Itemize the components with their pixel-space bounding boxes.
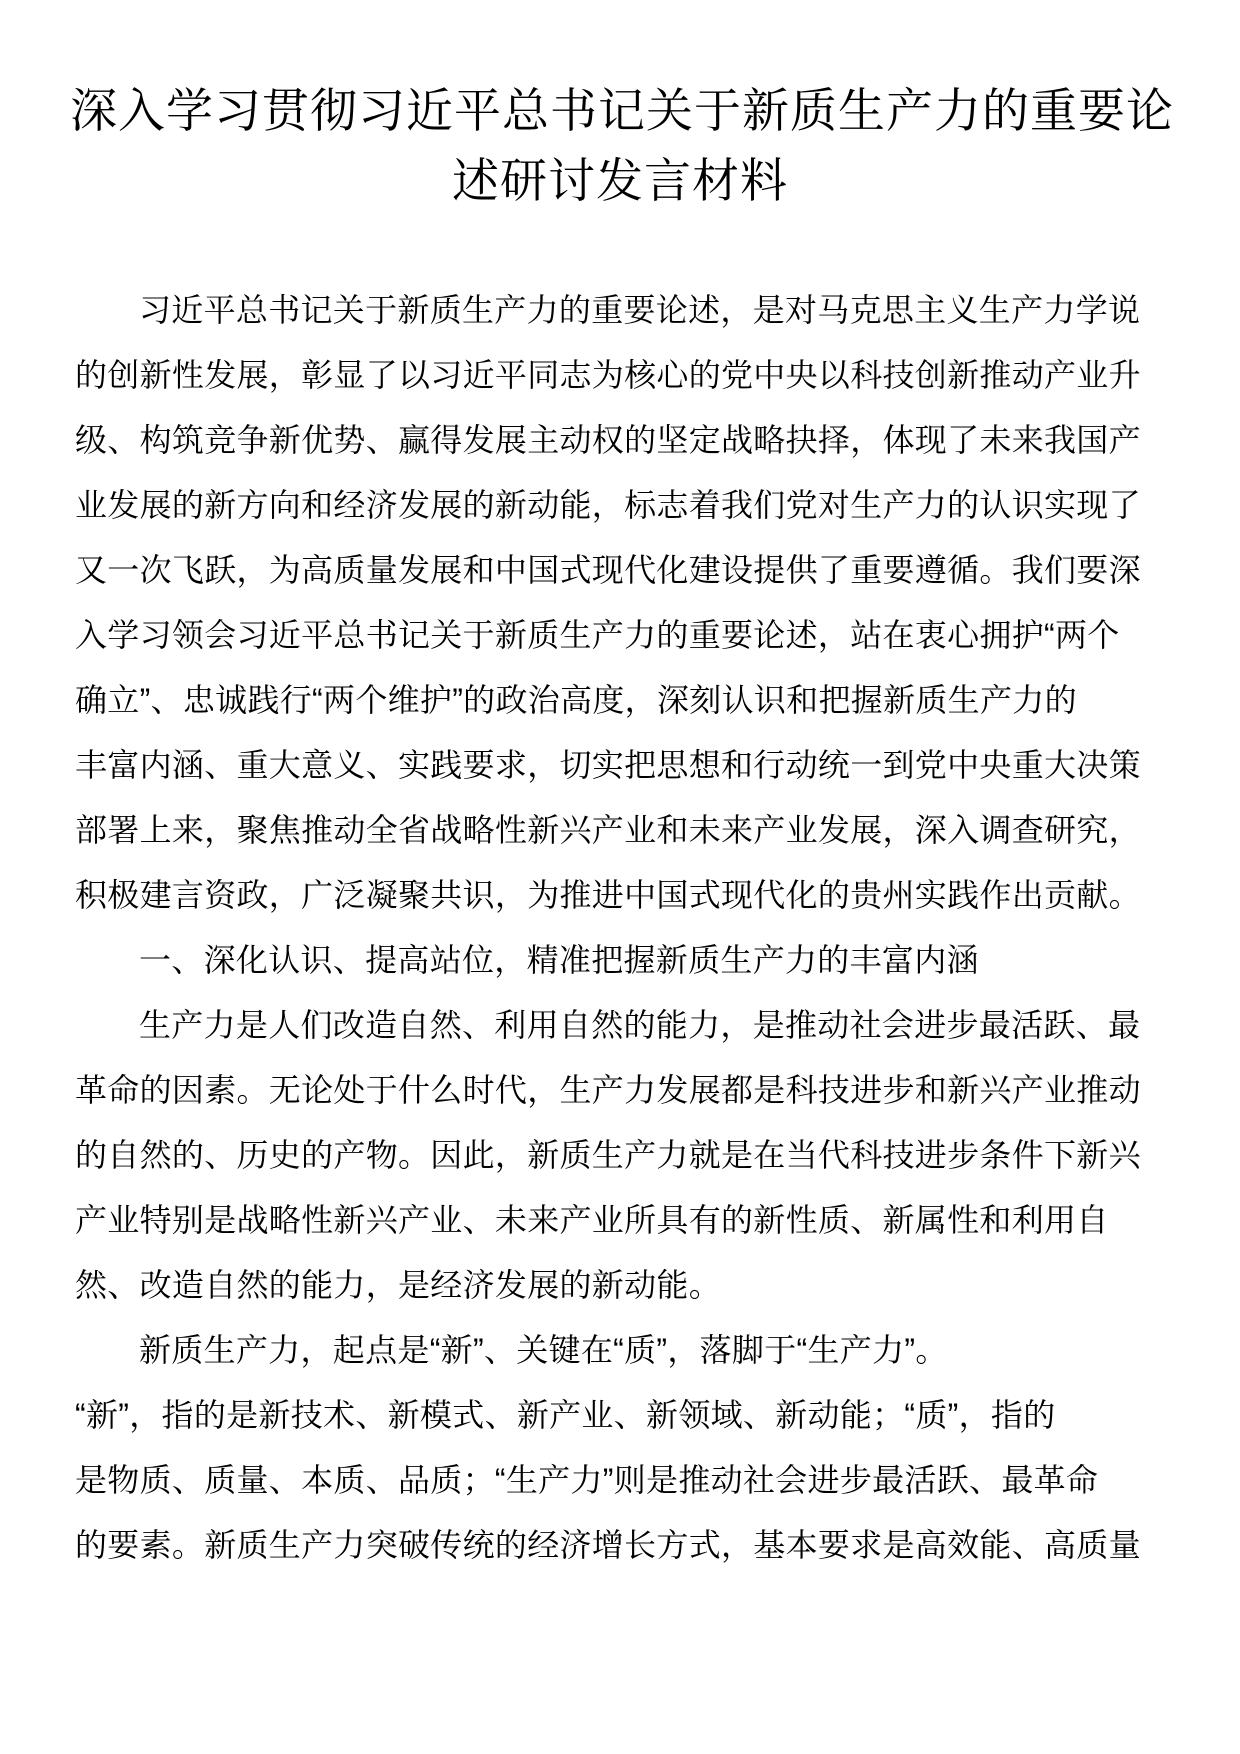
document-title: 深入学习贯彻习近平总书记关于新质生产力的重要论 述研讨发言材料 (70, 76, 1170, 216)
paragraph-line: 的自然的、历史的产物。因此，新质生产力就是在当代科技进步条件下新兴 (75, 1123, 1141, 1188)
paragraph-line: 然、改造自然的能力，是经济发展的新动能。 (75, 1253, 1141, 1318)
paragraph-line: “新”，指的是新技术、新模式、新产业、新领域、新动能；“质”，指的 (75, 1383, 1141, 1448)
paragraph-line: 丰富内涵、重大意义、实践要求，切实把思想和行动统一到党中央重大决策 (75, 733, 1141, 798)
paragraph-line: 部署上来，聚焦推动全省战略性新兴产业和未来产业发展，深入调查研究， (75, 798, 1141, 863)
document-body: 习近平总书记关于新质生产力的重要论述，是对马克思主义生产力学说的创新性发展，彰显… (75, 278, 1141, 1578)
paragraph-line: 业发展的新方向和经济发展的新动能，标志着我们党对生产力的认识实现了 (75, 473, 1141, 538)
paragraph-line: 新质生产力，起点是“新”、关键在“质”，落脚于“生产力”。 (75, 1318, 1141, 1383)
paragraph-line: 产业特别是战略性新兴产业、未来产业所具有的新性质、新属性和利用自 (75, 1188, 1141, 1253)
section-heading: 一、深化认识、提高站位，精准把握新质生产力的丰富内涵 (75, 928, 1141, 993)
paragraph-line: 的要素。新质生产力突破传统的经济增长方式，基本要求是高效能、高质量 (75, 1513, 1141, 1578)
paragraph-line: 是物质、质量、本质、品质；“生产力”则是推动社会进步最活跃、最革命 (75, 1448, 1141, 1513)
paragraph-line: 级、构筑竞争新优势、赢得发展主动权的坚定战略抉择，体现了未来我国产 (75, 408, 1141, 473)
paragraph-line: 革命的因素。无论处于什么时代，生产力发展都是科技进步和新兴产业推动 (75, 1058, 1141, 1123)
paragraph-line: 的创新性发展，彰显了以习近平同志为核心的党中央以科技创新推动产业升 (75, 343, 1141, 408)
document-title-line-2: 述研讨发言材料 (70, 146, 1170, 216)
paragraph-line: 确立”、忠诚践行“两个维护”的政治高度，深刻认识和把握新质生产力的 (75, 668, 1141, 733)
document-title-line-1: 深入学习贯彻习近平总书记关于新质生产力的重要论 (70, 76, 1170, 146)
paragraph-line: 又一次飞跃，为高质量发展和中国式现代化建设提供了重要遵循。我们要深 (75, 538, 1141, 603)
paragraph-line: 习近平总书记关于新质生产力的重要论述，是对马克思主义生产力学说 (75, 278, 1141, 343)
paragraph-line: 积极建言资政，广泛凝聚共识，为推进中国式现代化的贵州实践作出贡献。 (75, 863, 1141, 928)
document-page: 深入学习贯彻习近平总书记关于新质生产力的重要论 述研讨发言材料 习近平总书记关于… (0, 0, 1240, 1754)
paragraph-line: 生产力是人们改造自然、利用自然的能力，是推动社会进步最活跃、最 (75, 993, 1141, 1058)
paragraph-line: 入学习领会习近平总书记关于新质生产力的重要论述，站在衷心拥护“两个 (75, 603, 1141, 668)
